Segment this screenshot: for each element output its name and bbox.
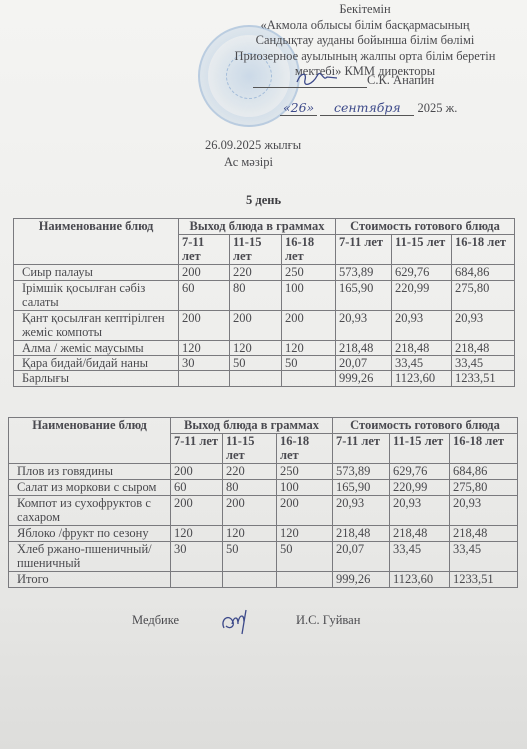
total-row: Итого999,261123,601233,51 bbox=[9, 572, 518, 588]
total-cost-cell: 1233,51 bbox=[452, 371, 515, 387]
cost-cell: 629,76 bbox=[390, 464, 450, 480]
dish-name: Компот из сухофруктов с сахаром bbox=[9, 496, 171, 526]
yield-cell: 30 bbox=[179, 356, 230, 371]
yield-cell: 60 bbox=[171, 480, 223, 496]
table-row: Хлеб ржано-пшеничный/пшеничный30505020,0… bbox=[9, 542, 518, 572]
yield-cell: 200 bbox=[223, 496, 277, 526]
header-yield: Выход блюда в граммах bbox=[179, 219, 336, 235]
menu-table-kazakh: Наименование блюдВыход блюда в граммахСт… bbox=[13, 218, 515, 387]
yield-cell-empty bbox=[223, 572, 277, 588]
yield-cell: 200 bbox=[277, 496, 333, 526]
yield-cell-empty bbox=[277, 572, 333, 588]
yield-cell: 200 bbox=[282, 311, 336, 341]
header-cost: Стоимость готового блюда bbox=[333, 418, 518, 434]
cost-cell: 33,45 bbox=[452, 356, 515, 371]
header-age-group: 16-18 лет bbox=[452, 235, 515, 265]
yield-cell: 50 bbox=[277, 542, 333, 572]
yield-cell: 120 bbox=[171, 526, 223, 542]
yield-cell-empty bbox=[171, 572, 223, 588]
table-row: Қара бидай/бидай наны30505020,0733,4533,… bbox=[14, 356, 515, 371]
cost-cell: 218,48 bbox=[452, 341, 515, 356]
yield-cell: 50 bbox=[223, 542, 277, 572]
yield-cell: 120 bbox=[230, 341, 282, 356]
header-age-group: 16-18 лет bbox=[277, 434, 333, 464]
total-cost-cell: 999,26 bbox=[336, 371, 392, 387]
yield-cell: 200 bbox=[171, 496, 223, 526]
yield-cell: 120 bbox=[282, 341, 336, 356]
dish-name: Хлеб ржано-пшеничный/пшеничный bbox=[9, 542, 171, 572]
table-row: Яблоко /фрукт по сезону120120120218,4821… bbox=[9, 526, 518, 542]
yield-cell-empty bbox=[282, 371, 336, 387]
dish-name: Алма / жеміс маусымы bbox=[14, 341, 179, 356]
cost-cell: 165,90 bbox=[336, 281, 392, 311]
dish-name: Ірімшік қосылған сәбіз салаты bbox=[14, 281, 179, 311]
cost-cell: 684,86 bbox=[450, 464, 518, 480]
table-row: Компот из сухофруктов с сахаром200200200… bbox=[9, 496, 518, 526]
director-name: С.К. Анапин bbox=[367, 73, 434, 87]
header-dish-name: Наименование блюд bbox=[9, 418, 171, 464]
total-label: Барлығы bbox=[14, 371, 179, 387]
header-age-group: 11-15 лет bbox=[392, 235, 452, 265]
approval-line: Приозерное ауылының жалпы орта білім бер… bbox=[215, 49, 515, 65]
cost-cell: 218,48 bbox=[450, 526, 518, 542]
yield-cell: 200 bbox=[171, 464, 223, 480]
nurse-name: И.С. Гуйван bbox=[296, 613, 360, 628]
yield-cell: 200 bbox=[179, 265, 230, 281]
cost-cell: 20,07 bbox=[336, 356, 392, 371]
header-age-group: 16-18 лет bbox=[282, 235, 336, 265]
cost-cell: 33,45 bbox=[450, 542, 518, 572]
yield-cell: 250 bbox=[282, 265, 336, 281]
cost-cell: 220,99 bbox=[390, 480, 450, 496]
cost-cell: 20,07 bbox=[333, 542, 390, 572]
cost-cell: 573,89 bbox=[333, 464, 390, 480]
menu-table-russian: Наименование блюдВыход блюда в граммахСт… bbox=[8, 417, 518, 588]
approval-date: «26» сентября 2025 ж. bbox=[280, 100, 457, 116]
cost-cell: 20,93 bbox=[452, 311, 515, 341]
yield-cell: 50 bbox=[282, 356, 336, 371]
yield-cell: 120 bbox=[277, 526, 333, 542]
yield-cell: 200 bbox=[230, 311, 282, 341]
cost-cell: 20,93 bbox=[390, 496, 450, 526]
date-month: сентября bbox=[320, 100, 414, 116]
approval-block: Бекітемін «Акмола облысы білім басқармас… bbox=[215, 2, 515, 80]
cost-cell: 684,86 bbox=[452, 265, 515, 281]
yield-cell: 80 bbox=[230, 281, 282, 311]
dish-name: Сиыр палауы bbox=[14, 265, 179, 281]
yield-cell: 250 bbox=[277, 464, 333, 480]
cost-cell: 20,93 bbox=[336, 311, 392, 341]
cost-cell: 218,48 bbox=[392, 341, 452, 356]
dish-name: Яблоко /фрукт по сезону bbox=[9, 526, 171, 542]
dish-name: Салат из моркови с сыром bbox=[9, 480, 171, 496]
date-day: «26» bbox=[280, 100, 317, 116]
total-cost-cell: 999,26 bbox=[333, 572, 390, 588]
table-row: Плов из говядины200220250573,89629,76684… bbox=[9, 464, 518, 480]
yield-cell: 100 bbox=[277, 480, 333, 496]
cost-cell: 218,48 bbox=[390, 526, 450, 542]
header-age-group: 7-11 лет bbox=[336, 235, 392, 265]
dish-name: Қара бидай/бидай наны bbox=[14, 356, 179, 371]
cost-cell: 629,76 bbox=[392, 265, 452, 281]
director-signature-icon bbox=[293, 68, 345, 88]
header-yield: Выход блюда в граммах bbox=[171, 418, 333, 434]
yield-cell: 120 bbox=[223, 526, 277, 542]
header-dish-name: Наименование блюд bbox=[14, 219, 179, 265]
cost-cell: 33,45 bbox=[392, 356, 452, 371]
nurse-role: Медбике bbox=[132, 613, 179, 628]
cost-cell: 218,48 bbox=[336, 341, 392, 356]
cost-cell: 275,80 bbox=[450, 480, 518, 496]
approval-line: Бекітемін bbox=[215, 2, 515, 18]
header-cost: Стоимость готового блюда bbox=[336, 219, 515, 235]
signature-underline bbox=[253, 74, 367, 88]
cost-cell: 20,93 bbox=[333, 496, 390, 526]
nurse-signature-icon bbox=[218, 606, 252, 636]
yield-cell: 50 bbox=[230, 356, 282, 371]
cost-cell: 165,90 bbox=[333, 480, 390, 496]
day-label: 5 день bbox=[246, 193, 281, 208]
yield-cell: 30 bbox=[171, 542, 223, 572]
header-age-group: 16-18 лет bbox=[450, 434, 518, 464]
yield-cell: 100 bbox=[282, 281, 336, 311]
yield-cell: 80 bbox=[223, 480, 277, 496]
date-year: 2025 ж. bbox=[417, 101, 457, 115]
table-row: Алма / жеміс маусымы120120120218,48218,4… bbox=[14, 341, 515, 356]
cost-cell: 220,99 bbox=[392, 281, 452, 311]
yield-cell: 220 bbox=[230, 265, 282, 281]
total-cost-cell: 1233,51 bbox=[450, 572, 518, 588]
table-row: Қант қосылған кептірілген жеміс компоты2… bbox=[14, 311, 515, 341]
dish-name: Қант қосылған кептірілген жеміс компоты bbox=[14, 311, 179, 341]
header-age-group: 7-11 лет bbox=[171, 434, 223, 464]
menu-date: 26.09.2025 жылғы bbox=[205, 138, 301, 153]
header-age-group: 11-15 лет bbox=[223, 434, 277, 464]
total-cost-cell: 1123,60 bbox=[390, 572, 450, 588]
dish-name: Плов из говядины bbox=[9, 464, 171, 480]
yield-cell: 120 bbox=[179, 341, 230, 356]
header-age-group: 11-15 лет bbox=[390, 434, 450, 464]
total-label: Итого bbox=[9, 572, 171, 588]
total-row: Барлығы999,261123,601233,51 bbox=[14, 371, 515, 387]
cost-cell: 573,89 bbox=[336, 265, 392, 281]
cost-cell: 20,93 bbox=[392, 311, 452, 341]
yield-cell: 200 bbox=[179, 311, 230, 341]
header-age-group: 11-15 лет bbox=[230, 235, 282, 265]
director-signature-line: С.К. Анапин bbox=[253, 73, 478, 88]
cost-cell: 218,48 bbox=[333, 526, 390, 542]
header-age-group: 7-11 лет bbox=[179, 235, 230, 265]
yield-cell-empty bbox=[179, 371, 230, 387]
yield-cell: 220 bbox=[223, 464, 277, 480]
table-row: Сиыр палауы200220250573,89629,76684,86 bbox=[14, 265, 515, 281]
cost-cell: 275,80 bbox=[452, 281, 515, 311]
table-row: Салат из моркови с сыром6080100165,90220… bbox=[9, 480, 518, 496]
total-cost-cell: 1123,60 bbox=[392, 371, 452, 387]
cost-cell: 20,93 bbox=[450, 496, 518, 526]
header-age-group: 7-11 лет bbox=[333, 434, 390, 464]
yield-cell: 60 bbox=[179, 281, 230, 311]
table-row: Ірімшік қосылған сәбіз салаты6080100165,… bbox=[14, 281, 515, 311]
approval-line: Сандықтау ауданы бойынша білім бөлімі bbox=[215, 33, 515, 49]
cost-cell: 33,45 bbox=[390, 542, 450, 572]
approval-line: «Акмола облысы білім басқармасының bbox=[215, 18, 515, 34]
menu-title: Ас мәзірі bbox=[224, 155, 273, 170]
yield-cell-empty bbox=[230, 371, 282, 387]
